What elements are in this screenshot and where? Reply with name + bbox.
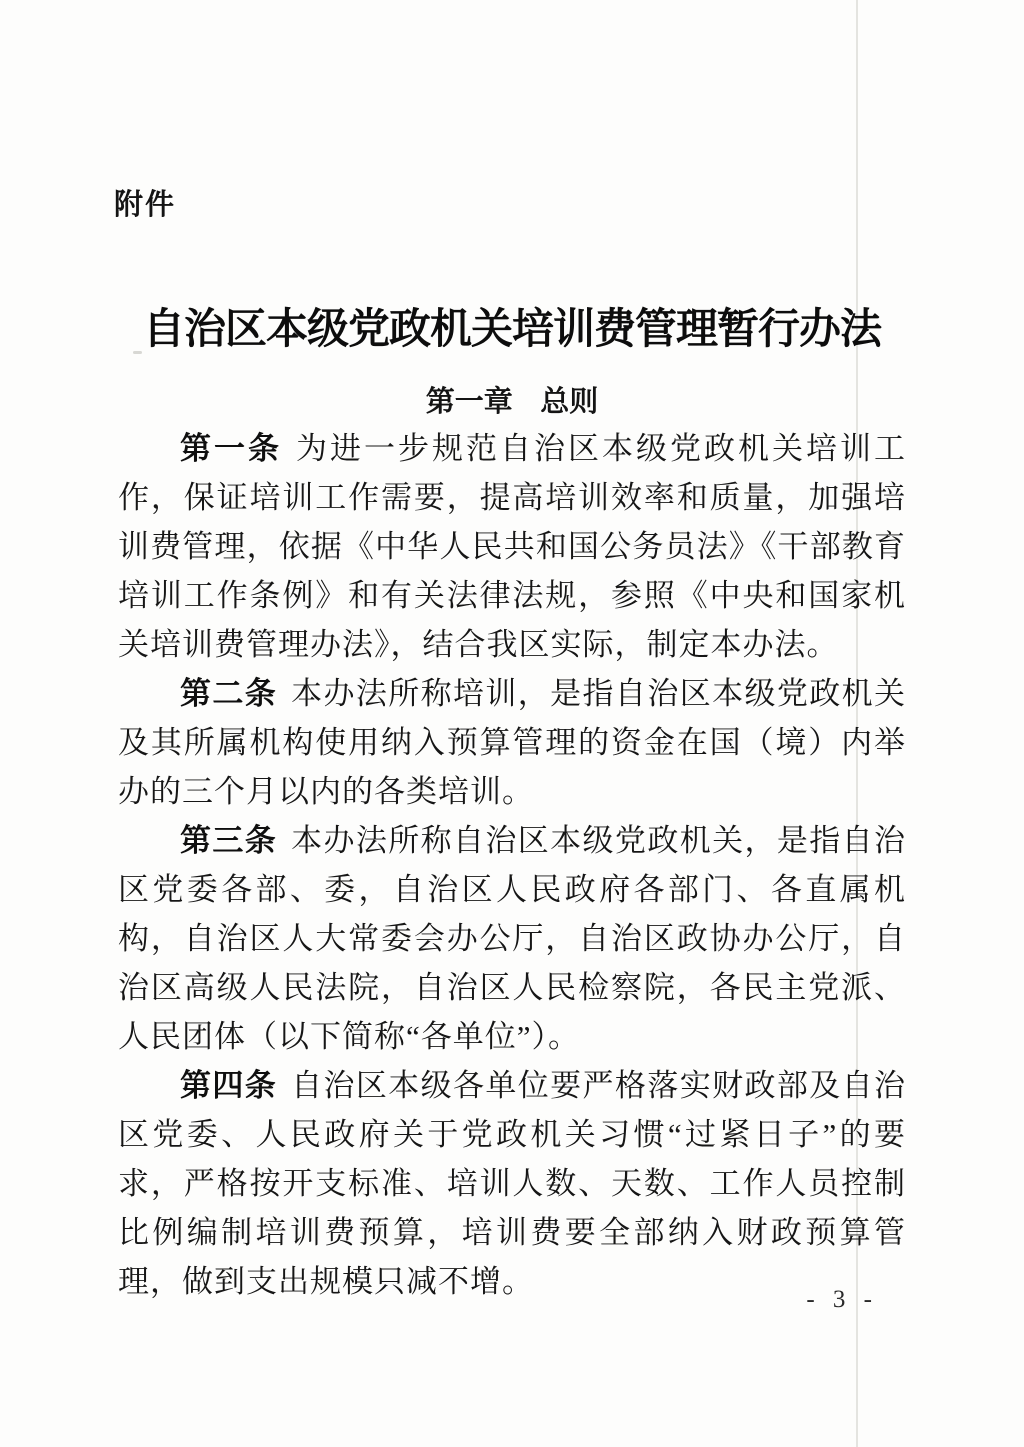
article-4-label: 第四条 — [180, 1068, 277, 1103]
article-2: 第二条本办法所称培训，是指自治区本级党政机关及其所属机构使用纳入预算管理的资金在… — [118, 669, 906, 816]
article-1-label: 第一条 — [180, 431, 282, 466]
page-number: - 3 - — [806, 1286, 878, 1314]
chapter-number: 第一章 — [426, 386, 513, 418]
chapter-heading: 第一章总则 — [0, 379, 1024, 420]
article-1: 第一条为进一步规范自治区本级党政机关培训工作，保证培训工作需要，提高培训效率和质… — [118, 424, 906, 669]
article-4: 第四条自治区本级各单位要严格落实财政部及自治区党委、人民政府关于党政机关习惯“过… — [118, 1061, 906, 1306]
document-body: 第一条为进一步规范自治区本级党政机关培训工作，保证培训工作需要，提高培训效率和质… — [118, 424, 906, 1306]
document-title: 自治区本级党政机关培训费管理暂行办法 — [0, 296, 1024, 356]
document-page: 附件 自治区本级党政机关培训费管理暂行办法 第一章总则 第一条为进一步规范自治区… — [0, 0, 1024, 1447]
article-2-label: 第二条 — [180, 676, 277, 711]
attachment-label: 附件 — [114, 182, 176, 223]
article-3-label: 第三条 — [180, 823, 277, 858]
article-3: 第三条本办法所称自治区本级党政机关，是指自治区党委各部、委，自治区人民政府各部门… — [118, 816, 906, 1061]
chapter-name: 总则 — [540, 386, 598, 418]
